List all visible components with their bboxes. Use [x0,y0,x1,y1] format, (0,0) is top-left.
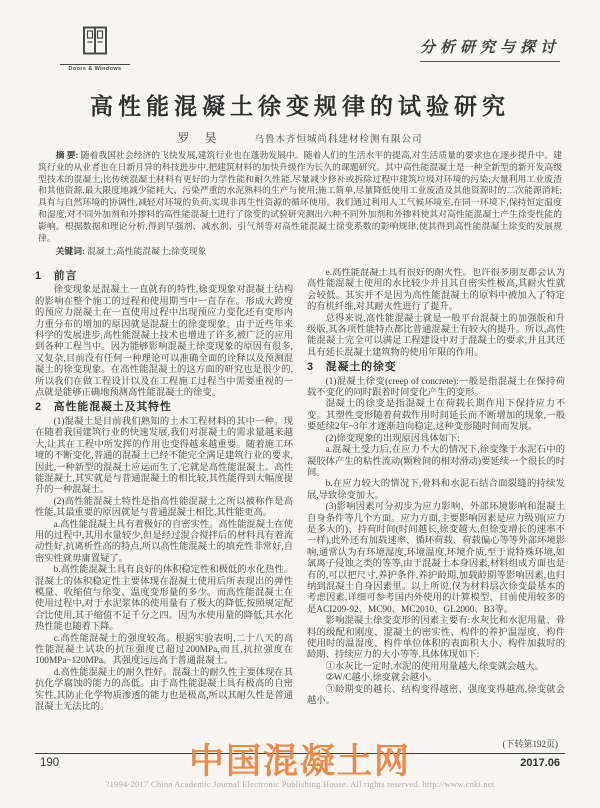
journal-logo: Doors & Windows [60,26,130,72]
body-paragraph: b.高性能混凝土具有良好的体积稳定性和极低的水化热性。混凝土的体积稳定性主要体现… [35,565,293,633]
body-paragraph: a.混凝土受力后,在应力不大的情况下,徐变缘于水泥石中的凝胶体产生的粘性流动(颗… [307,445,565,479]
body-paragraph: c.高性能混凝土的强度较高。根据实验表明,二十八天的高性能混凝土试块的抗压强度已… [35,634,293,668]
body-paragraph: (1)混凝土徐变(creep of concrete):一般是指混凝土在保持荷载… [307,377,565,400]
issue-date: 2017.06 [520,757,560,769]
section-heading: 3 混凝土的徐变 [307,362,565,373]
body-paragraph: (2)高性能混凝土特性是指高性能混凝土之所以被称作是高性能,其最重要的原因就是与… [35,497,293,520]
abstract-label: 摘 要: [56,150,79,160]
right-column: e.高性能混凝土具有很好的耐火性。也许很多朋友都会认为高性能混凝土使用的水比较少… [307,268,565,754]
body-paragraph: (1)混凝土是目前我们熟知的土木工程材料的其中一种。现在随着我国建筑行业的快速发… [35,417,293,497]
window-icon [77,45,113,62]
journal-page: Doors & Windows 分析研究与探讨 高性能混凝土徐变规律的试验研究 … [0,0,600,808]
author-affiliation: 乌鲁木齐恒城尚科建材检测有限公司 [255,135,423,145]
abstract-paragraph: 摘 要: 随着我国社会经济的飞快发展,建筑行业也在蓬勃发展中。随着人们的生活水平… [38,150,562,244]
body-columns: 1 前言 徐变现象是混凝土一直就有的特性,徐变现象对混凝土结构的影响在整个施工的… [35,268,565,754]
continuation-note: (下转第192页) [503,737,559,750]
page-number: 190 [40,757,59,769]
abstract-text: 随着我国社会经济的飞快发展,建筑行业也在蓬勃发展中。随着人们的生活水平的提高,对… [38,150,562,243]
body-paragraph: 徐变现象是混凝土一直就有的特性,徐变现象对混凝土结构的影响在整个施工的过程和使用… [35,285,293,399]
logo-caption: Doors & Windows [60,64,130,72]
abstract-block: 摘 要: 随着我国社会经济的飞快发展,建筑行业也在蓬勃发展中。随着人们的生活水平… [38,150,562,258]
body-paragraph: ①水灰比一定时,水泥的使用用量越大,徐变就会越大。 [307,662,565,673]
keywords-label: 关键词: [56,246,85,256]
body-paragraph: b.在应力较大的情况下,骨料和水泥石结合面裂缝的持续发展,导致徐变加大。 [307,479,565,502]
byline: 罗 昊 乌鲁木齐恒城尚科建材检测有限公司 [0,129,600,147]
body-paragraph: d.高性能混凝土的耐久性好。混凝土的耐久性主要体现在其抗化学腐蚀的能力的高低。由… [35,668,293,714]
body-paragraph: (3)影响因素可分初步为应力影响、外部环境影响和混凝土自身条件等几个方面。应力方… [307,502,565,616]
keywords-text: 混凝土;高性能混凝土;徐变现象 [87,246,206,256]
body-paragraph: ③龄期变的越长、结构变得越密、强度变得越高,徐变就会越小。 [307,685,565,708]
body-paragraph: 总得来说,高性能混凝土就是一般平台混凝土的加强版和升级版,其各项性能特点都比普通… [307,314,565,360]
body-paragraph: a.高性能混凝土具有着极好的自密实性。高性能混凝土在使用的过程中,其用水量较少,… [35,520,293,566]
keywords-line: 关键词: 混凝土;高性能混凝土;徐变现象 [38,246,562,258]
body-paragraph: ②W/C越小,徐变就会越小。 [307,673,565,684]
article-title: 高性能混凝土徐变规律的试验研究 [0,88,600,121]
section-heading: 1 前言 [35,271,293,282]
section-heading: 2 高性能混凝土及其特性 [35,402,293,413]
body-paragraph: e.高性能混凝土具有很好的耐火性。也许很多朋友都会认为高性能混凝土使用的水比较少… [307,268,565,314]
body-paragraph: 混凝土的徐变是指混凝土在荷载长期作用下保持应力不变。其塑性变形随着荷载作用时间延… [307,399,565,433]
watermark: 中国混凝土网 [189,734,411,784]
body-paragraph: (2)徐变现象的出现原因具体如下: [307,434,565,445]
column-section-label: 分析研究与探讨 [420,36,560,62]
body-paragraph: 影响混凝土徐变变形的因素主要有:水灰比和水泥用量、骨料的级配和刚度、混凝土的密实… [307,616,565,662]
left-column: 1 前言 徐变现象是混凝土一直就有的特性,徐变现象对混凝土结构的影响在整个施工的… [35,268,293,754]
author-name: 罗 昊 [177,131,222,145]
